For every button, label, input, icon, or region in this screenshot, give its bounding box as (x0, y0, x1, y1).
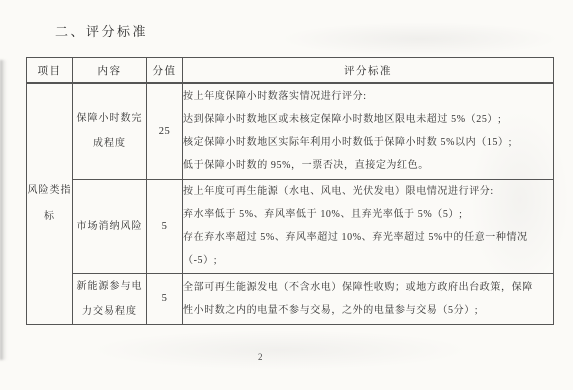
criteria-line: 弃水率低于 5%、弃风率低于 10%、且弃光率低于 5%（5）; (183, 203, 553, 226)
content-cell: 市场消纳风险 (73, 179, 147, 273)
content-cell: 保障小时数完成程度 (73, 83, 147, 179)
document-page: 二、评分标准 项目 内容 分值 评分标准 风险类指标 保障小时数完成程度 25 … (0, 0, 573, 390)
section-title: 二、评分标准 (55, 21, 148, 40)
score-cell: 25 (147, 83, 183, 179)
header-cell-project: 项目 (27, 58, 73, 84)
criteria-cell: 按上年度可再生能源（水电、风电、光伏发电）限电情况进行评分:弃水率低于 5%、弃… (183, 179, 554, 273)
header-cell-score: 分值 (147, 58, 183, 84)
category-cell: 风险类指标 (27, 83, 73, 324)
scan-edge-shadow (0, 60, 7, 360)
scan-noise (90, 330, 470, 370)
criteria-line: 按上年度可再生能源（水电、风电、光伏发电）限电情况进行评分: (183, 180, 553, 203)
header-cell-criteria: 评分标准 (183, 58, 554, 84)
header-row: 项目 内容 分值 评分标准 (27, 58, 554, 84)
content-cell: 新能源参与电力交易程度 (73, 273, 147, 324)
criteria-line: （-5）; (183, 249, 553, 272)
score-cell: 5 (147, 179, 183, 273)
criteria-line: 性小时数之内的电量不参与交易，之外的电量参与交易（5分）; (183, 299, 553, 322)
criteria-line: 按上年度保障小时数落实情况进行评分: (183, 85, 553, 108)
scoring-table: 项目 内容 分值 评分标准 风险类指标 保障小时数完成程度 25 按上年度保障小… (26, 57, 554, 325)
table-row: 新能源参与电力交易程度 5 全部可再生能源发电（不含水电）保障性收购；或地方政府… (27, 273, 554, 324)
criteria-line: 存在弃水率超过 5%、弃风率超过 10%、弃光率超过 5%中的任意一种情况 (183, 226, 553, 249)
table-row: 风险类指标 保障小时数完成程度 25 按上年度保障小时数落实情况进行评分:达到保… (27, 83, 554, 179)
header-cell-content: 内容 (73, 58, 147, 84)
page-number: 2 (258, 352, 263, 362)
criteria-line: 达到保障小时数地区或未核定保障小时数地区限电未超过 5%（25）; (183, 108, 553, 131)
criteria-cell: 全部可再生能源发电（不含水电）保障性收购；或地方政府出台政策，保障性小时数之内的… (183, 273, 554, 324)
scan-noise (280, 22, 560, 56)
criteria-line: 全部可再生能源发电（不含水电）保障性收购；或地方政府出台政策，保障 (183, 276, 553, 299)
criteria-line: 核定保障小时数地区实际年利用小时数低于保障小时数 5%以内（15）; (183, 131, 553, 154)
table-row: 市场消纳风险 5 按上年度可再生能源（水电、风电、光伏发电）限电情况进行评分:弃… (27, 179, 554, 273)
score-cell: 5 (147, 273, 183, 324)
criteria-line: 低于保障小时数的 95%，一票否决，直接定为红色。 (183, 154, 553, 177)
criteria-cell: 按上年度保障小时数落实情况进行评分:达到保障小时数地区或未核定保障小时数地区限电… (183, 83, 554, 179)
